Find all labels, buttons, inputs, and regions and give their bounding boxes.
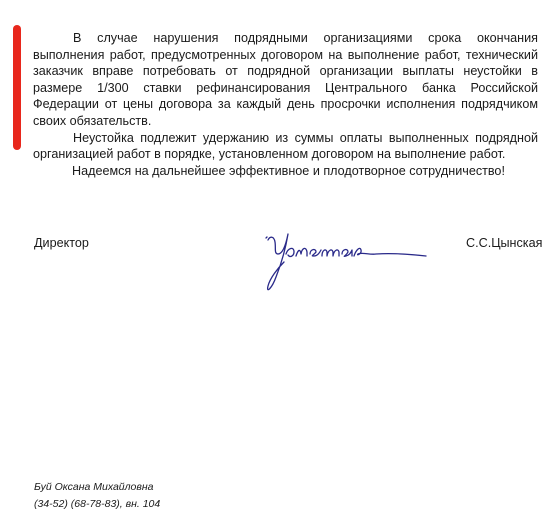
contact-name: Буй Оксана Михайловна	[34, 479, 160, 496]
handwritten-signature	[258, 222, 438, 302]
signatory-name: С.С.Цынская	[466, 235, 542, 251]
signatory-title: Директор	[34, 235, 89, 251]
paragraph-deduction: Неустойка подлежит удержанию из суммы оп…	[33, 130, 538, 163]
contact-info: Буй Оксана Михайловна (34-52) (68-78-83)…	[34, 479, 160, 513]
contact-phone: (34-52) (68-78-83), вн. 104	[34, 496, 160, 513]
paragraph-penalty: В случае нарушения подрядными организаци…	[33, 30, 538, 130]
closing-line: Надеемся на дальнейшее эффективное и пло…	[72, 163, 505, 179]
highlight-bar	[13, 25, 21, 150]
letter-body: В случае нарушения подрядными организаци…	[33, 30, 538, 163]
